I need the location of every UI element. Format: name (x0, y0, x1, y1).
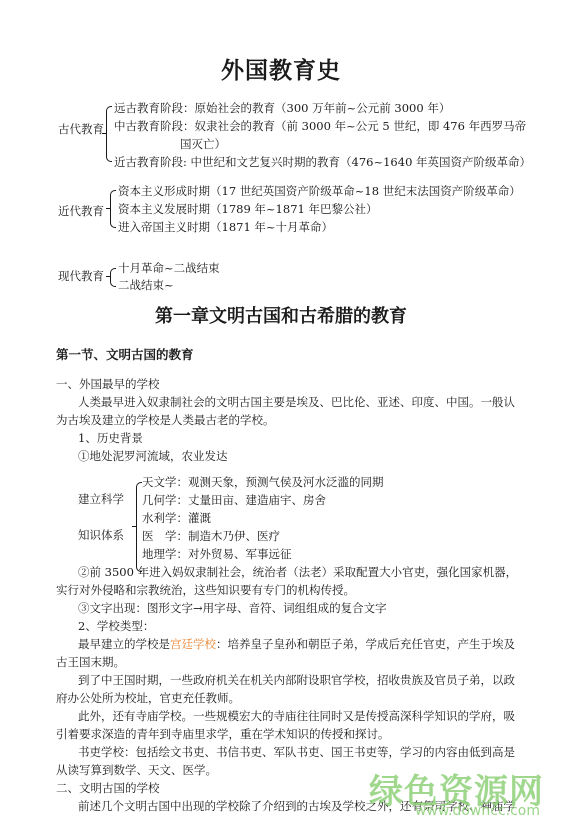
watermark-url: www.downcc.com (415, 803, 540, 819)
court-school-highlight: 宫廷学校 (170, 637, 216, 651)
science-label: 建立科学 (78, 491, 124, 507)
heading-earliest-schools: 一、外国最早的学校 (56, 376, 160, 392)
paragraph: 人类最早进入奴隶制社会的文明古国主要是埃及、巴比伦、亚述、印度、中国。一般认 (78, 394, 515, 410)
science-label: 知识体系 (78, 527, 124, 543)
paragraph: ③文字出现：图形文字→用字母、音符、词组组成的复合文字 (78, 600, 387, 616)
paragraph: 引着要求深造的青年到寺庙里求学，重在学术知识的传授和探讨。 (56, 726, 390, 742)
period-item: 资本主义发展时期（1789 年~1871 年巴黎公社） (118, 201, 377, 217)
brace-contemporary (110, 268, 116, 287)
brace-tip (132, 526, 136, 527)
brace-tip (106, 208, 110, 209)
science-item: 医 学：制造木乃伊、医疗 (142, 528, 280, 544)
brace-tip (106, 276, 110, 277)
brace-tip (102, 133, 106, 134)
paragraph: 实行对外侵略和宗教统治，这些知识要有专门的机构传授。 (56, 582, 355, 598)
paragraph: 从读写算到数学、天文、医学。 (56, 762, 217, 778)
paragraph: ②前 3500 年进入妈奴隶制社会，统治者（法老）采取配置大小官吏，强化国家机器… (78, 564, 517, 580)
period-item: 进入帝国主义时期（1871 年~十月革命） (118, 219, 333, 235)
period-item: 国灭亡） (180, 136, 226, 152)
paragraph: 此外，还有寺庙学校。一些规模宏大的寺庙往往同时又是传授高深科学知识的学府，吸 (78, 708, 515, 724)
period-label-ancient: 古代教育 (58, 121, 104, 137)
period-item: 中古教育阶段：奴隶社会的教育（前 3000 年~公元 5 世纪，即 476 年西… (114, 118, 526, 134)
period-item: 十月革命~二战结束 (118, 260, 220, 276)
section-title: 第一节、文明古国的教育 (56, 345, 194, 363)
subheading: 2、学校类型： (78, 618, 154, 634)
period-item: 远古教育阶段：原始社会的教育（300 万年前~公元前 3000 年） (114, 100, 450, 116)
science-item: 水利学：灌溉 (142, 510, 211, 526)
court-prefix: 最早建立的学校是 (78, 637, 170, 651)
period-item: 近古教育阶段: 中世纪和文艺复兴时期的教育（476~1640 年英国资产阶级革命… (114, 154, 531, 170)
paragraph: ①地处泥罗河流域，农业发达 (78, 448, 228, 464)
document-title: 外国教育史 (0, 52, 562, 85)
heading-ancient-schools: 二、文明古国的学校 (56, 780, 160, 796)
period-item: 资本主义形成时期（17 世纪英国资产阶级革命~18 世纪末法国资产阶级革命） (118, 183, 521, 199)
court-suffix: ：培养皇子皇孙和朝臣子弟，学成后充任官吏，产生于埃及 (216, 637, 515, 651)
paragraph: 到了中王国时期，一些政府机关在机关内部附设职官学校，招收贵族及官员子弟，以政 (78, 672, 515, 688)
paragraph: 古王国末期。 (56, 654, 125, 670)
subheading: 1、历史背景 (78, 430, 143, 446)
science-item: 地理学：对外贸易、军事远征 (142, 546, 292, 562)
paragraph: 府办公处所为校址，官吏充任教师。 (56, 690, 240, 706)
period-label-modern: 近代教育 (58, 203, 104, 219)
science-item: 天文学：观测天象，预测气侯及河水泛滥的同期 (142, 474, 384, 490)
paragraph: 为古埃及建立的学校是人类最古老的学校。 (56, 412, 275, 428)
chapter-title: 第一章文明古国和古希腊的教育 (0, 302, 562, 328)
brace-modern (110, 190, 116, 228)
brace-ancient (106, 106, 112, 162)
period-label-contemporary: 现代教育 (58, 268, 104, 284)
science-item: 几何学：丈量田亩、建造庙宇、房舍 (142, 492, 326, 508)
period-item: 二战结束~ (118, 277, 174, 293)
paragraph: 书吏学校：包括绘文书吏、书信书吏、军队书吏、国王书吏等，学习的内容由低到高是 (78, 744, 515, 760)
paragraph-court-school: 最早建立的学校是宫廷学校：培养皇子皇孙和朝臣子弟，学成后充任官吏，产生于埃及 (78, 636, 515, 652)
